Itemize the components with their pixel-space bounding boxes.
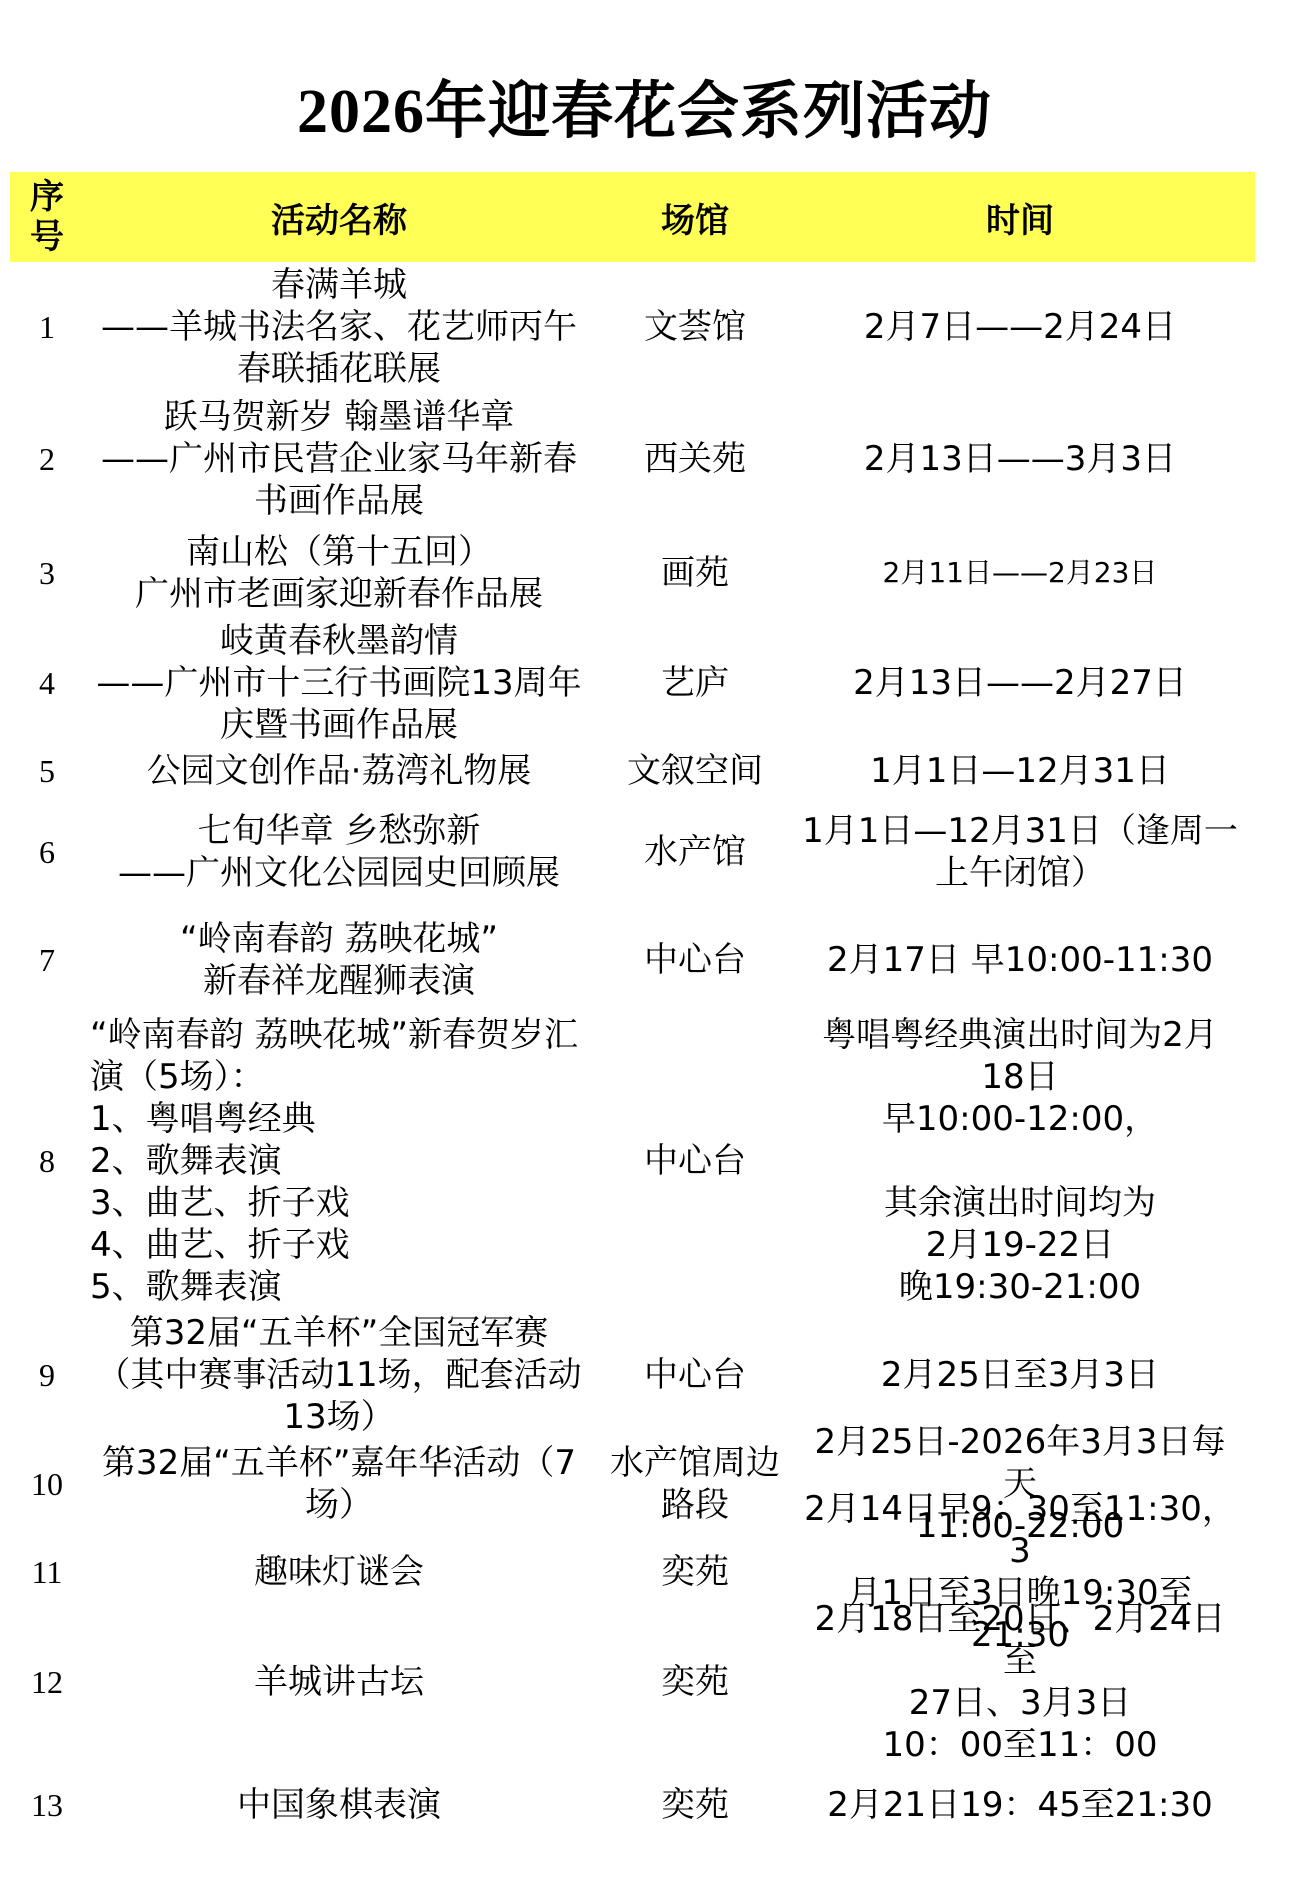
row-seq: 2 (10, 396, 84, 522)
row-activity-name: 公园文创作品·荔湾礼物展 (84, 750, 594, 792)
table-row: 4 岐黄春秋墨韵情 ——广州市十三行书画院13周年 庆暨书画作品展 艺庐 2月1… (0, 620, 1289, 746)
table-row: 2 跃马贺新岁 翰墨谱华章 ——广州市民营企业家马年新春 书画作品展 西关苑 2… (0, 396, 1289, 522)
row-seq: 3 (10, 530, 84, 616)
table-row: 5 公园文创作品·荔湾礼物展 文叙空间 1月1日—12月31日 (0, 750, 1289, 792)
row-time: 2月18日至20日、2月24日至 27日、3月3日 10：00至11：00 (800, 1619, 1240, 1745)
table-row: 6 七旬华章 乡愁弥新 ——广州文化公园园史回顾展 水产馆 1月1日—12月31… (0, 810, 1289, 894)
row-venue: 文荟馆 (600, 264, 790, 390)
row-activity-name: 岐黄春秋墨韵情 ——广州市十三行书画院13周年 庆暨书画作品展 (84, 620, 594, 746)
row-time: 2月13日——2月27日 (800, 620, 1240, 746)
row-time: 2月25日至3月3日 (800, 1312, 1240, 1438)
row-seq: 10 (10, 1442, 84, 1526)
row-activity-name: 羊城讲古坛 (84, 1619, 594, 1745)
table-row: 8 “岭南春韵 荔映花城”新春贺岁汇 演（5场）： 1、粤唱粤经典 2、歌舞表演… (0, 1014, 1289, 1308)
row-venue: 艺庐 (600, 620, 790, 746)
header-seq: 序 号 (10, 172, 84, 262)
header-time: 时间 (800, 172, 1240, 262)
row-seq: 13 (10, 1784, 84, 1826)
header-activity-name: 活动名称 (84, 172, 594, 262)
row-venue: 文叙空间 (600, 750, 790, 792)
row-time: 2月21日19：45至21:30 (800, 1784, 1240, 1826)
table-header: 序 号 活动名称 场馆 时间 (10, 172, 1255, 262)
page-title: 2026年迎春花会系列活动 (0, 72, 1289, 152)
row-time: 2月17日 早10:00-11:30 (800, 918, 1240, 1002)
row-activity-name: “岭南春韵 荔映花城” 新春祥龙醒狮表演 (84, 918, 594, 1002)
table-row: 13 中国象棋表演 奕苑 2月21日19：45至21:30 (0, 1784, 1289, 1826)
row-venue: 水产馆 (600, 810, 790, 894)
row-activity-name: 中国象棋表演 (84, 1784, 594, 1826)
row-activity-name: 第32届“五羊杯”全国冠军赛 （其中赛事活动11场，配套活动 13场） (84, 1312, 594, 1438)
row-activity-name: “岭南春韵 荔映花城”新春贺岁汇 演（5场）： 1、粤唱粤经典 2、歌舞表演 3… (84, 1014, 594, 1308)
table-row: 12 羊城讲古坛 奕苑 2月18日至20日、2月24日至 27日、3月3日 10… (0, 1619, 1289, 1745)
row-activity-name: 跃马贺新岁 翰墨谱华章 ——广州市民营企业家马年新春 书画作品展 (84, 396, 594, 522)
table-row: 7 “岭南春韵 荔映花城” 新春祥龙醒狮表演 中心台 2月17日 早10:00-… (0, 918, 1289, 1002)
row-activity-name: 春满羊城 ——羊城书法名家、花艺师丙午 春联插花联展 (84, 264, 594, 390)
row-time: 粤唱粤经典演出时间为2月 18日 早10:00-12:00， 其余演出时间均为 … (800, 1014, 1240, 1308)
row-venue: 水产馆周边 路段 (600, 1442, 790, 1526)
table-row: 1 春满羊城 ——羊城书法名家、花艺师丙午 春联插花联展 文荟馆 2月7日——2… (0, 264, 1289, 390)
row-seq: 11 (10, 1530, 84, 1614)
table-row: 3 南山松（第十五回） 广州市老画家迎新春作品展 画苑 2月11日——2月23日 (0, 530, 1289, 616)
row-activity-name: 七旬华章 乡愁弥新 ——广州文化公园园史回顾展 (84, 810, 594, 894)
header-venue: 场馆 (600, 172, 790, 262)
row-venue: 西关苑 (600, 396, 790, 522)
row-activity-name: 南山松（第十五回） 广州市老画家迎新春作品展 (84, 530, 594, 616)
row-venue: 奕苑 (600, 1784, 790, 1826)
row-venue: 奕苑 (600, 1530, 790, 1614)
row-seq: 12 (10, 1619, 84, 1745)
row-seq: 1 (10, 264, 84, 390)
row-venue: 奕苑 (600, 1619, 790, 1745)
row-venue: 画苑 (600, 530, 790, 616)
header-seq-char-1: 序 (30, 177, 64, 217)
row-seq: 4 (10, 620, 84, 746)
row-seq: 6 (10, 810, 84, 894)
row-venue: 中心台 (600, 918, 790, 1002)
row-seq: 9 (10, 1312, 84, 1438)
row-time: 1月1日—12月31日（逢周一 上午闭馆） (800, 810, 1240, 894)
row-seq: 5 (10, 750, 84, 792)
row-time: 2月7日——2月24日 (800, 264, 1240, 390)
header-seq-char-2: 号 (30, 217, 64, 257)
row-activity-name: 趣味灯谜会 (84, 1530, 594, 1614)
table-row: 9 第32届“五羊杯”全国冠军赛 （其中赛事活动11场，配套活动 13场） 中心… (0, 1312, 1289, 1438)
row-seq: 7 (10, 918, 84, 1002)
row-seq: 8 (10, 1014, 84, 1308)
row-time: 2月11日——2月23日 (800, 530, 1240, 616)
row-venue: 中心台 (600, 1014, 790, 1308)
row-time: 2月13日——3月3日 (800, 396, 1240, 522)
row-time: 1月1日—12月31日 (800, 750, 1240, 792)
row-activity-name: 第32届“五羊杯”嘉年华活动（7 场） (84, 1442, 594, 1526)
row-venue: 中心台 (600, 1312, 790, 1438)
